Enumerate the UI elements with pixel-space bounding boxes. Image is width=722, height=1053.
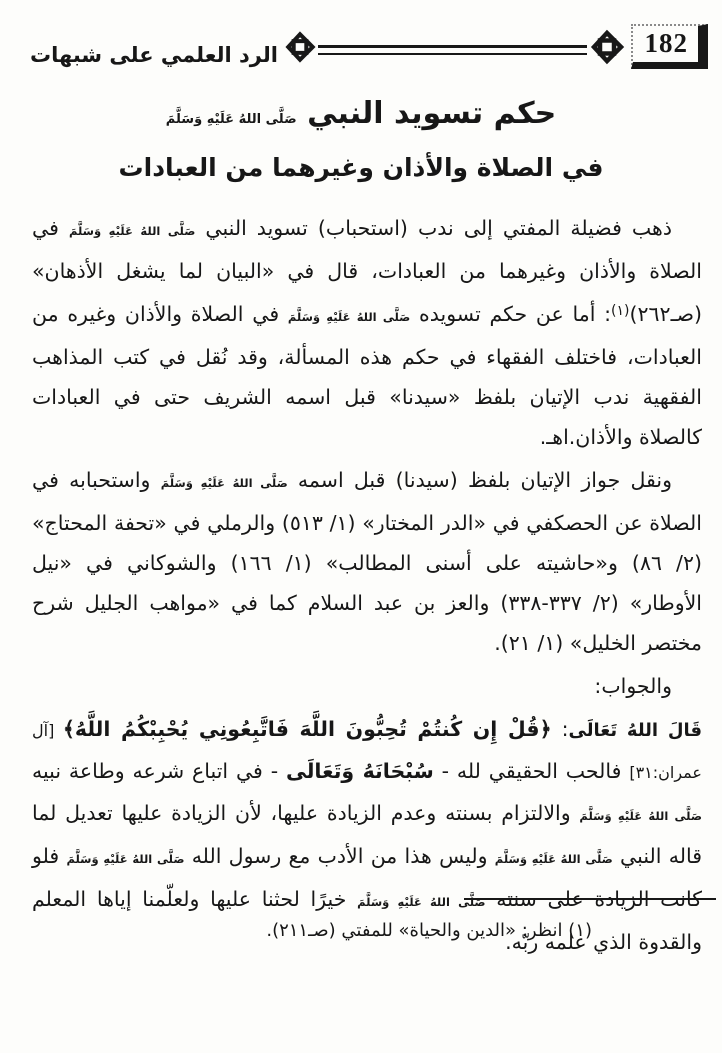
chapter-title-line2: في الصلاة والأذان وغيرهما من العبادات	[0, 153, 722, 182]
text-segment: - في اتباع شرعه وطاعة نبيه	[32, 759, 286, 783]
text-segment: فالحب الحقيقي لله -	[434, 759, 630, 783]
knot-ornament-icon	[584, 26, 630, 72]
honorific-stamp: صَلَّى اللهُ عَلَيْهِ وَسَلَّمَ	[66, 852, 184, 866]
honorific-stamp: صَلَّى اللهُ عَلَيْهِ وَسَلَّمَ	[161, 476, 288, 490]
honorific-stamp: صَلَّى اللهُ عَلَيْهِ وَسَلَّمَ	[69, 224, 195, 238]
book-page: 182 الرد العلمي على شبهات حكم تسويد النب…	[0, 0, 722, 1053]
footnote-area: (١) انظر: «الدين والحياة» للمفتي (صـ٢١١)…	[0, 898, 722, 946]
text-segment: : أما عن حكم تسويده	[410, 302, 611, 326]
verse-segment: ﴿قُلْ إِن كُنتُمْ تُحِبُّونَ اللَّهَ فَا…	[63, 717, 552, 741]
knot-ornament-icon	[279, 28, 321, 70]
book-title: الرد العلمي على شبهات	[30, 43, 278, 67]
footnote-text: (١) انظر: «الدين والحياة» للمفتي (صـ٢١١)…	[0, 916, 592, 946]
text-segment: ونقل جواز الإتيان بلفظ (سيدنا) قبل اسمه	[288, 468, 672, 492]
footnote-separator-rule	[464, 898, 716, 900]
qal-segment: قَالَ اللهُ تَعَالَى	[569, 720, 702, 741]
para-answer-heading: والجواب:	[32, 666, 702, 706]
honorific-stamp: صَلَّى اللهُ عَلَيْهِ وَسَلَّمَ	[288, 310, 410, 324]
text-segment: وليس هذا من الأدب مع رسول الله	[184, 844, 494, 868]
text-segment: ذهب فضيلة المفتي إلى ندب (استحباب) تسويد…	[195, 216, 672, 240]
page-number: 182	[631, 24, 709, 69]
header-double-rule	[318, 45, 587, 55]
text-segment: :	[552, 717, 569, 741]
footnote-ref-segment: (١)	[611, 303, 629, 319]
page-header: 182 الرد العلمي على شبهات	[30, 20, 708, 72]
chapter-title-text: حكم تسويد النبي	[307, 96, 556, 131]
para-mufti-position: ذهب فضيلة المفتي إلى ندب (استحباب) تسويد…	[32, 208, 702, 457]
chapter-title: حكم تسويد النبي صَلَّى اللهُ عَلَيْهِ وَ…	[0, 96, 722, 182]
emph-segment: سُبْحَانَهُ وَتَعَالَى	[286, 759, 434, 783]
para-sources: ونقل جواز الإتيان بلفظ (سيدنا) قبل اسمه …	[32, 460, 702, 663]
honorific-stamp: صَلَّى اللهُ عَلَيْهِ وَسَلَّمَ	[166, 112, 297, 127]
chapter-title-line1: حكم تسويد النبي صَلَّى اللهُ عَلَيْهِ وَ…	[0, 96, 722, 131]
honorific-stamp: صَلَّى اللهُ عَلَيْهِ وَسَلَّمَ	[579, 809, 702, 823]
text-segment: والجواب:	[594, 674, 672, 698]
honorific-stamp: صَلَّى اللهُ عَلَيْهِ وَسَلَّمَ	[495, 852, 613, 866]
text-segment: واستحبابه في الصلاة عن الحصكفي في «الدر …	[32, 468, 702, 655]
body-paragraphs: ذهب فضيلة المفتي إلى ندب (استحباب) تسويد…	[32, 208, 702, 962]
